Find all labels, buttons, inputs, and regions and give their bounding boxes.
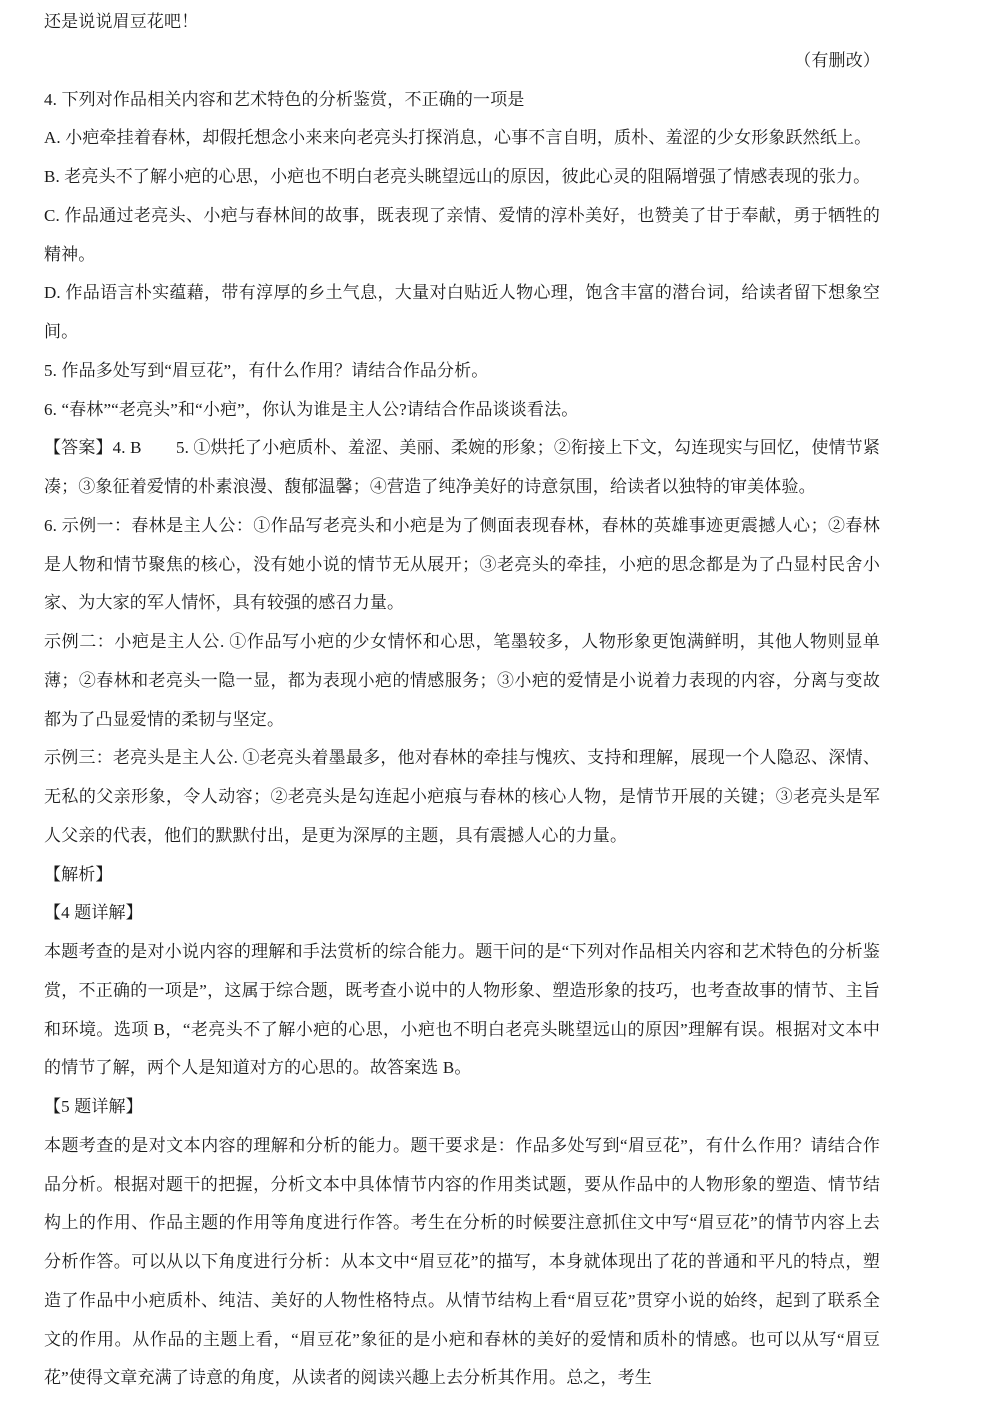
answer-6-example-1: 6. 示例一：春林是主人公：①作品写老亮头和小疤是为了侧面表现春林，春林的英雄事… bbox=[44, 507, 880, 623]
detail-5-header: 【5 题详解】 bbox=[44, 1088, 880, 1127]
story-closing-line: 还是说说眉豆花吧！ bbox=[44, 3, 880, 42]
detail-4-header: 【4 题详解】 bbox=[44, 894, 880, 933]
question-4-option-a: A. 小疤牵挂着春林，却假托想念小来来向老亮头打探消息，心事不言自明，质朴、羞涩… bbox=[44, 119, 880, 158]
question-5: 5. 作品多处写到“眉豆花”，有什么作用？请结合作品分析。 bbox=[44, 352, 880, 391]
question-4: 4. 下列对作品相关内容和艺术特色的分析鉴赏，不正确的一项是 bbox=[44, 81, 880, 120]
document-text-column: 还是说说眉豆花吧！ （有删改） 4. 下列对作品相关内容和艺术特色的分析鉴赏，不… bbox=[44, 3, 880, 1398]
question-4-option-c: C. 作品通过老亮头、小疤与春林间的故事，既表现了亲情、爱情的淳朴美好，也赞美了… bbox=[44, 197, 880, 275]
question-6: 6. “春林”“老亮头”和“小疤”，你认为谁是主人公?请结合作品谈谈看法。 bbox=[44, 391, 880, 430]
detail-5-body: 本题考查的是对文本内容的理解和分析的能力。题干要求是：作品多处写到“眉豆花”，有… bbox=[44, 1127, 880, 1398]
answer-4-5: 【答案】4. B 5. ①烘托了小疤质朴、羞涩、美丽、柔婉的形象；②衔接上下文，… bbox=[44, 429, 880, 507]
question-4-option-b: B. 老亮头不了解小疤的心思，小疤也不明白老亮头眺望远山的原因，彼此心灵的阻隔增… bbox=[44, 158, 880, 197]
analysis-header: 【解析】 bbox=[44, 856, 880, 895]
question-4-option-d: D. 作品语言朴实蕴藉，带有淳厚的乡土气息，大量对白贴近人物心理，饱含丰富的潜台… bbox=[44, 274, 880, 352]
answer-6-example-2: 示例二：小疤是主人公. ①作品写小疤的少女情怀和心思，笔墨较多，人物形象更饱满鲜… bbox=[44, 623, 880, 739]
source-note: （有删改） bbox=[44, 42, 880, 81]
document-page: 还是说说眉豆花吧！ （有删改） 4. 下列对作品相关内容和艺术特色的分析鉴赏，不… bbox=[0, 0, 992, 1403]
detail-4-body: 本题考查的是对小说内容的理解和手法赏析的综合能力。题干问的是“下列对作品相关内容… bbox=[44, 933, 880, 1088]
answer-6-example-3: 示例三：老亮头是主人公. ①老亮头着墨最多，他对春林的牵挂与愧疚、支持和理解，展… bbox=[44, 739, 880, 855]
